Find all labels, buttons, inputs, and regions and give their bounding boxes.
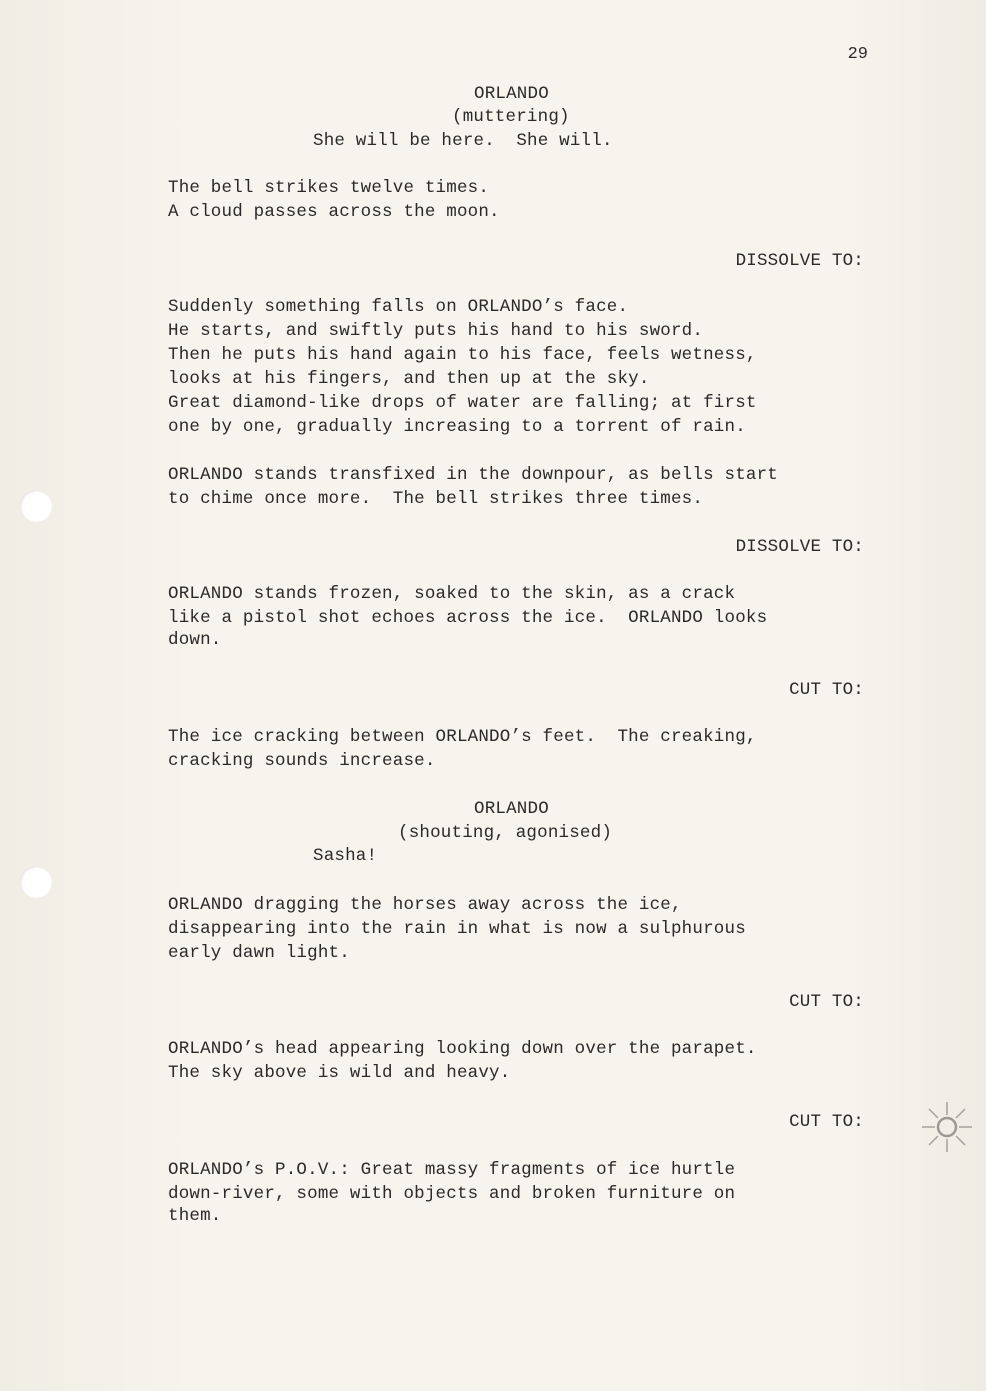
action-line: cracking sounds increase. <box>168 749 436 773</box>
action-line: one by one, gradually increasing to a to… <box>168 415 746 439</box>
transition: CUT TO: <box>789 990 864 1014</box>
action-line: The ice cracking between ORLANDO’s feet.… <box>168 725 757 749</box>
action-line: Then he puts his hand again to his face,… <box>168 343 757 367</box>
script-page: 29 ORLANDO(muttering)She will be here. S… <box>0 0 986 1391</box>
action-line: Suddenly something falls on ORLANDO’s fa… <box>168 295 628 319</box>
character-name: ORLANDO <box>474 82 549 106</box>
dialogue: She will be here. She will. <box>313 129 613 153</box>
transition: CUT TO: <box>789 678 864 702</box>
action-line: Great diamond-like drops of water are fa… <box>168 391 757 415</box>
action-line: ORLANDO dragging the horses away across … <box>168 893 682 917</box>
action-line: down-river, some with objects and broken… <box>168 1182 735 1206</box>
page-number: 29 <box>848 45 868 64</box>
action-line: down. <box>168 628 222 652</box>
hole-punch-icon <box>20 866 52 898</box>
action-line: them. <box>168 1204 222 1228</box>
transition: CUT TO: <box>789 1110 864 1134</box>
action-line: to chime once more. The bell strikes thr… <box>168 487 703 511</box>
action-line: ORLANDO stands frozen, soaked to the ski… <box>168 582 735 606</box>
hole-punch-icon <box>20 490 52 522</box>
action-line: like a pistol shot echoes across the ice… <box>168 606 767 630</box>
action-line: The sky above is wild and heavy. <box>168 1061 510 1085</box>
action-line: ORLANDO’s head appearing looking down ov… <box>168 1037 757 1061</box>
parenthetical: (shouting, agonised) <box>398 821 612 845</box>
parenthetical: (muttering) <box>452 105 570 129</box>
transition: DISSOLVE TO: <box>736 249 864 273</box>
action-line: The bell strikes twelve times. <box>168 176 489 200</box>
action-line: looks at his fingers, and then up at the… <box>168 367 650 391</box>
action-line: early dawn light. <box>168 941 350 965</box>
action-line: A cloud passes across the moon. <box>168 200 500 224</box>
action-line: He starts, and swiftly puts his hand to … <box>168 319 703 343</box>
character-name: ORLANDO <box>474 797 549 821</box>
sun-stamp-icon <box>918 1098 976 1156</box>
transition: DISSOLVE TO: <box>736 535 864 559</box>
action-line: ORLANDO stands transfixed in the downpou… <box>168 463 778 487</box>
action-line: disappearing into the rain in what is no… <box>168 917 746 941</box>
dialogue: Sasha! <box>313 844 377 868</box>
action-line: ORLANDO’s P.O.V.: Great massy fragments … <box>168 1158 735 1182</box>
